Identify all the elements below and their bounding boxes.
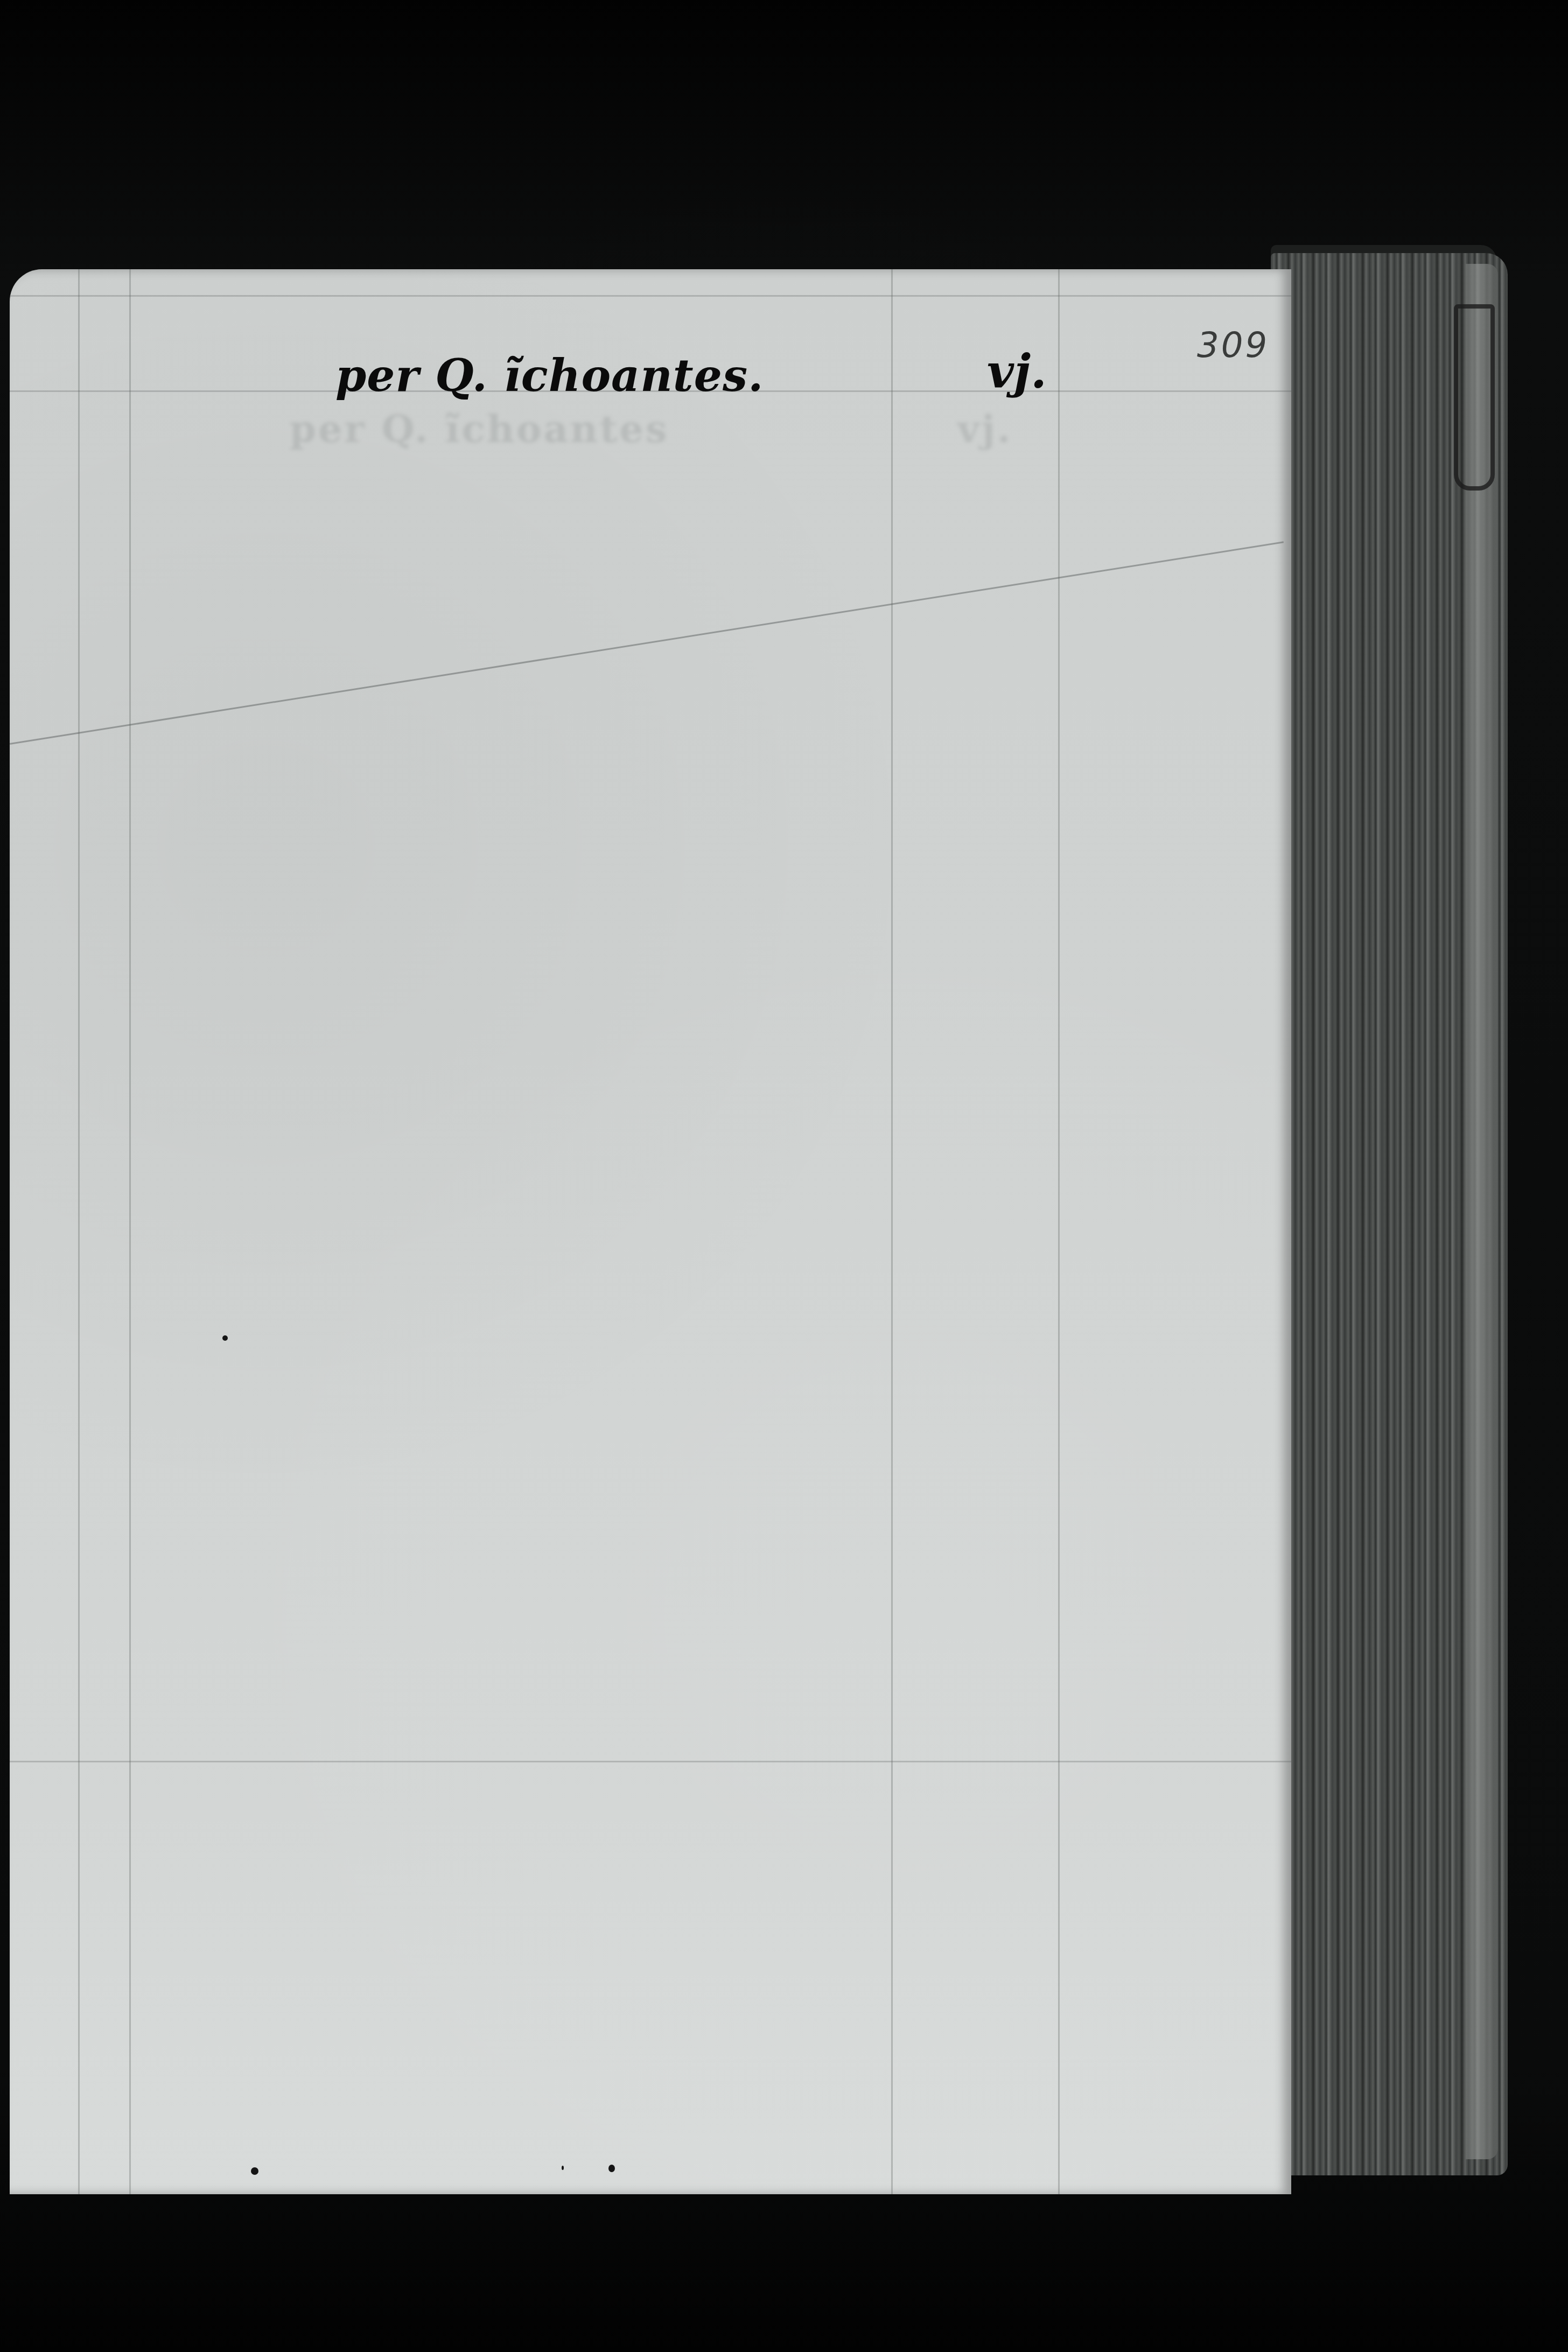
book-fore-edge [1271,253,1508,2175]
ruling-line-vertical [78,269,80,2194]
show-through-text: vj. [957,407,1012,451]
ruling-line-vertical [1058,269,1060,2194]
ink-speck [608,2165,615,2172]
ink-speck [222,1335,228,1341]
section-number: vj. [987,345,1047,399]
ruling-line-vertical [129,269,131,2194]
folio-number: 309 [1197,326,1269,366]
running-head: per Q. ĩchoantes. [335,350,764,402]
show-through-text: per Q. ĩchoantes [290,407,669,451]
book-clasp [1454,304,1495,491]
ruling-line-horizontal [10,295,1291,297]
stray-hair-line [10,541,1284,745]
ruling-line-horizontal [10,1761,1291,1762]
ink-speck [251,2167,258,2175]
ink-speck [562,2166,564,2170]
ledger-page: per Q. ĩchoantes vj. per Q. ĩchoantes. v… [10,269,1291,2194]
ruling-line-vertical [891,269,893,2194]
